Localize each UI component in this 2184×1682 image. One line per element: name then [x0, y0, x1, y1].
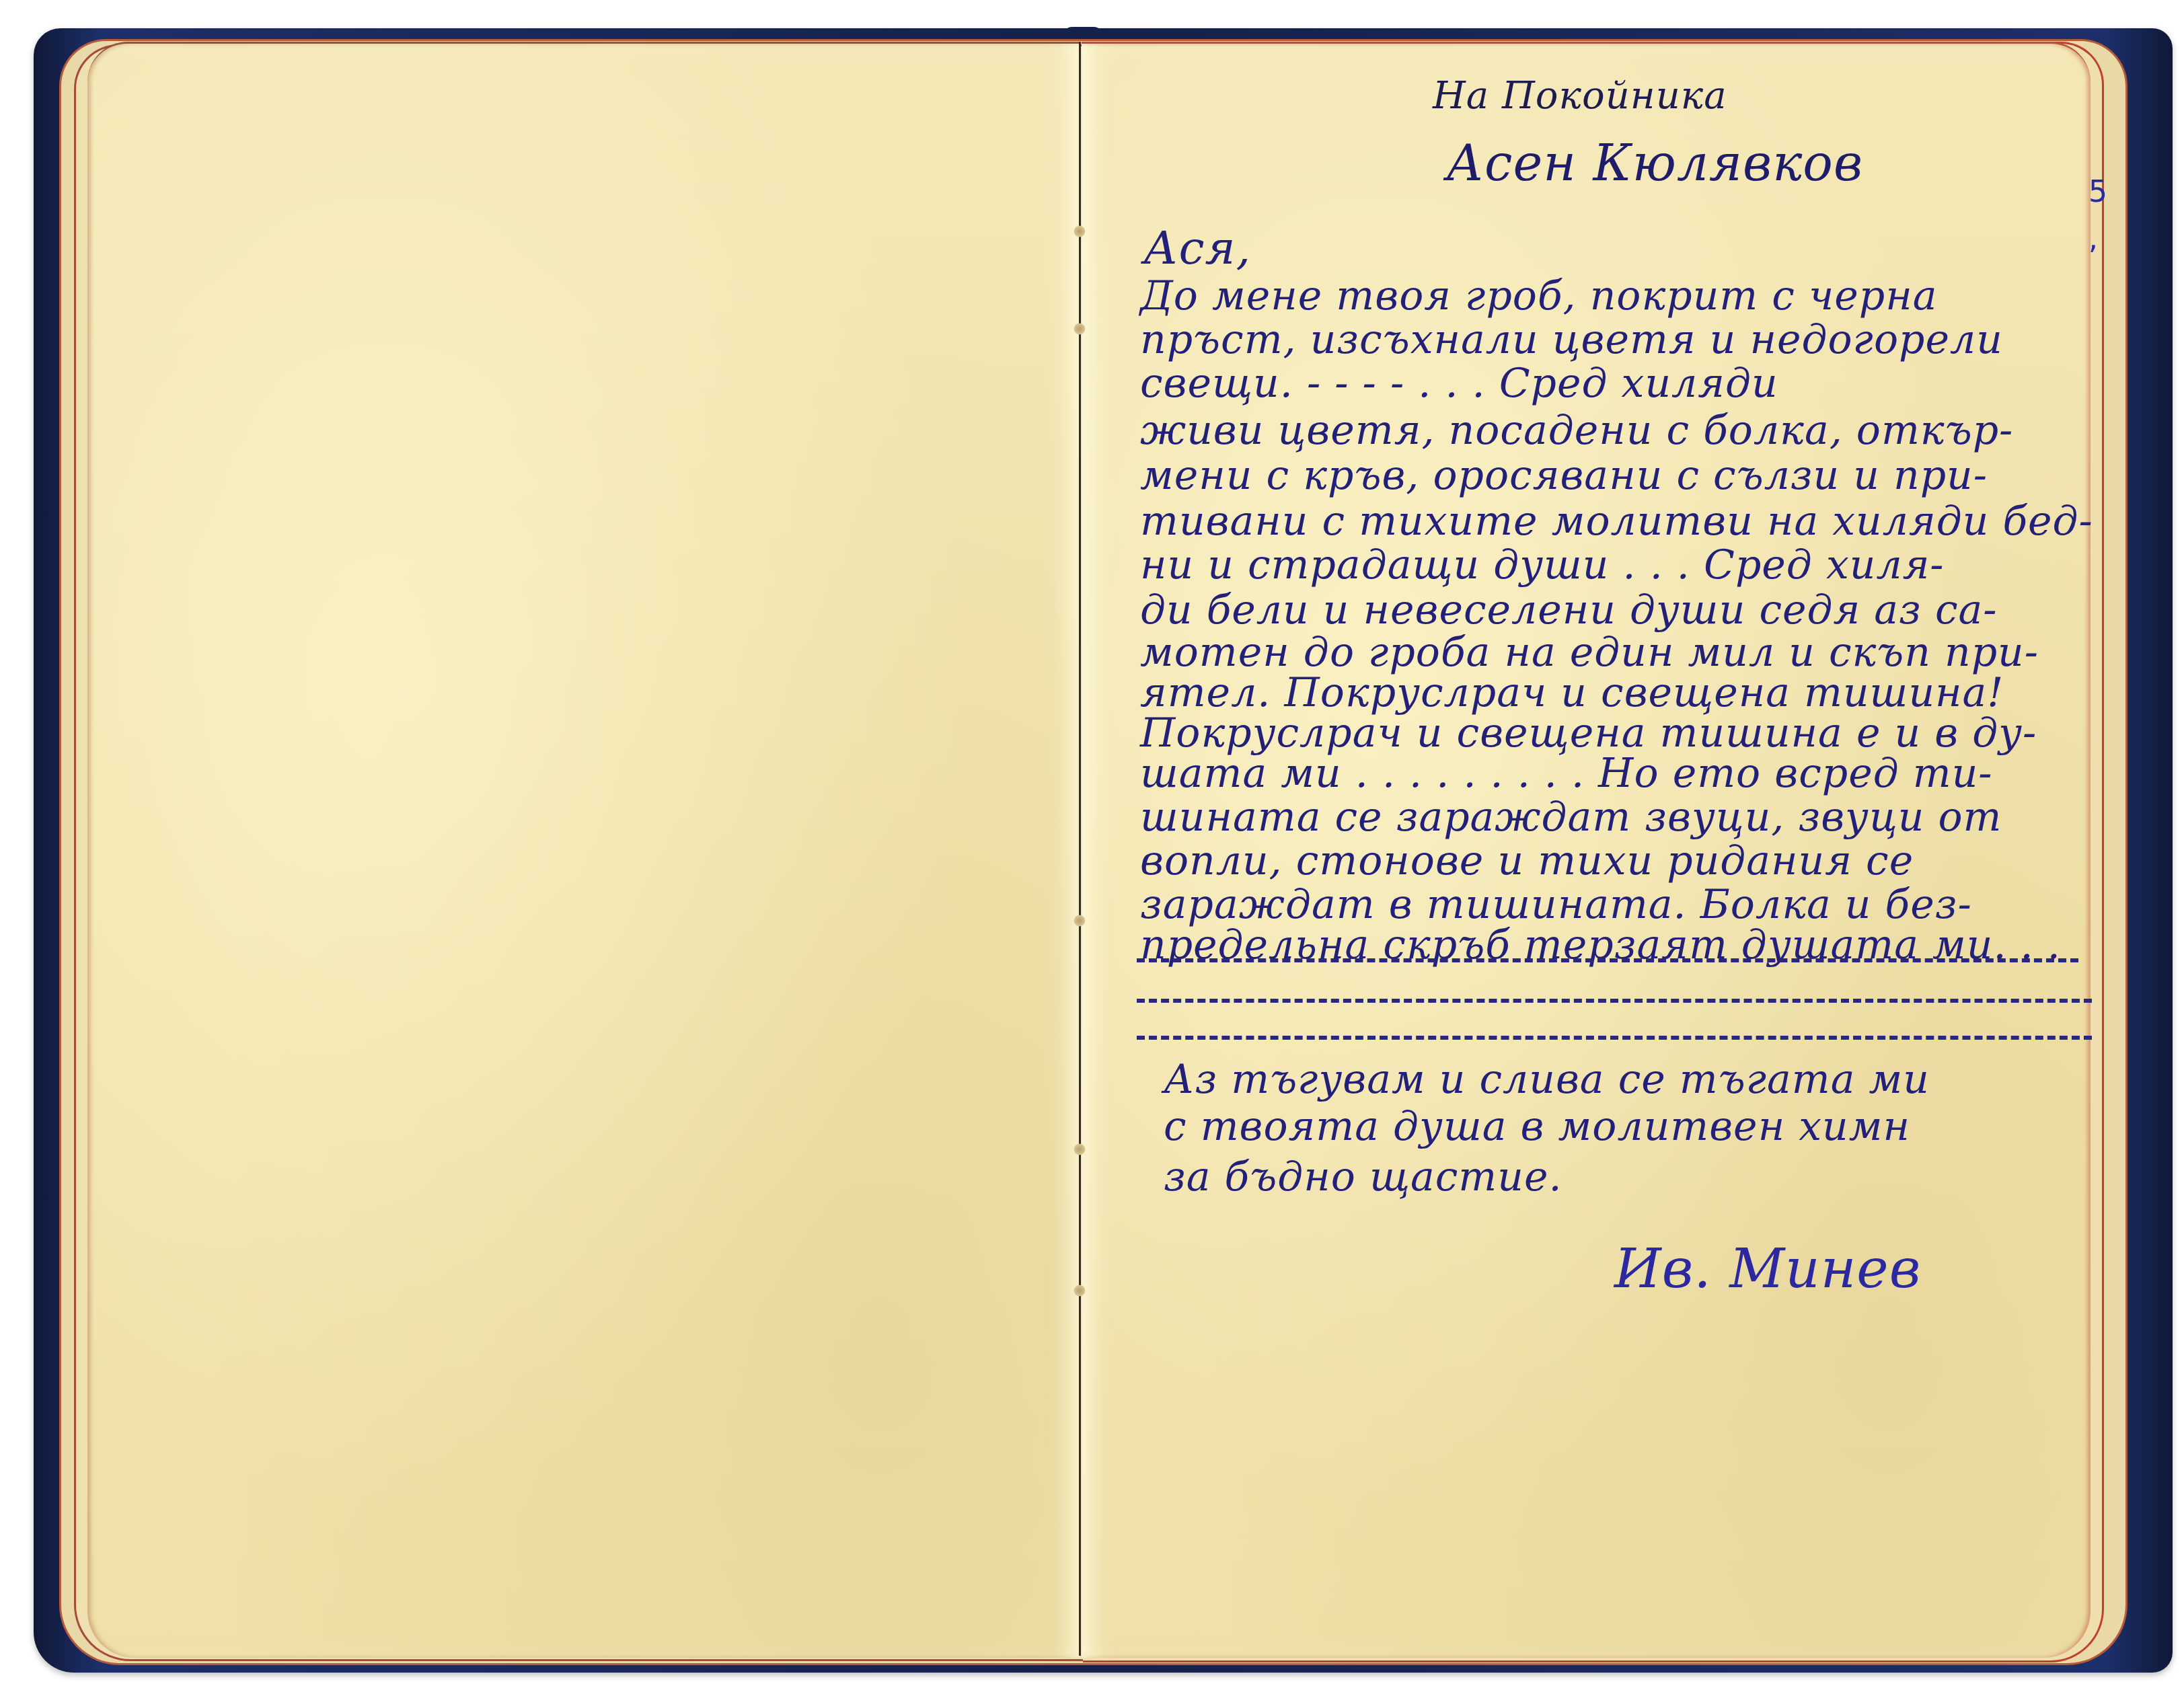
margin-mark: ,	[2088, 222, 2098, 256]
body-line: ди бели и невеселени души седя аз са-	[1140, 586, 1998, 634]
heading-dedication: На Покойника	[1433, 74, 1727, 118]
body-line: живи цветя, посадени с болка, откър-	[1140, 407, 2013, 454]
salutation: Ася,	[1143, 222, 1251, 275]
body-line: До мене твоя гроб, покрит с черна	[1140, 272, 1938, 319]
binding-stitch	[1074, 1285, 1086, 1297]
spine-gutter	[1079, 42, 1081, 1656]
dash-separator	[1137, 999, 2092, 1003]
binding-stitch	[1074, 1143, 1086, 1155]
binding-stitch	[1074, 915, 1086, 927]
dash-separator	[1137, 958, 2078, 962]
body-line: вопли, стонове и тихи ридания се	[1140, 837, 1914, 884]
body-line: свещи. - - - - . . . Сред хиляди	[1140, 360, 1778, 407]
left-page-blank	[87, 42, 1080, 1658]
margin-page-number: 5	[2088, 175, 2107, 209]
body-line: мени с кръв, оросявани с сълзи и при-	[1140, 452, 1988, 499]
body-line: тивани с тихите молитви на хиляди бед-	[1140, 498, 2093, 545]
dash-separator	[1137, 1036, 2092, 1040]
closing-line: Аз тъгувам и слива се тъгата ми	[1164, 1056, 1930, 1103]
heading-name: Асен Кюлявков	[1446, 135, 1863, 192]
body-line: шината се зараждат звуци, звуци от	[1140, 794, 2002, 841]
binding-stitch	[1074, 323, 1086, 335]
closing-line: за бъдно щастие.	[1164, 1153, 1562, 1200]
body-line: пръст, изсъхнали цветя и недогорели	[1140, 316, 2003, 363]
signature: Ив. Минев	[1614, 1237, 1921, 1300]
closing-line: с твоята душа в молитвен химн	[1164, 1103, 1910, 1150]
body-line: ни и страдащи души . . . Сред хиля-	[1140, 541, 1945, 588]
body-line: шата ми . . . . . . . . . Но ето всред т…	[1140, 750, 1993, 797]
binding-stitch	[1074, 225, 1086, 237]
